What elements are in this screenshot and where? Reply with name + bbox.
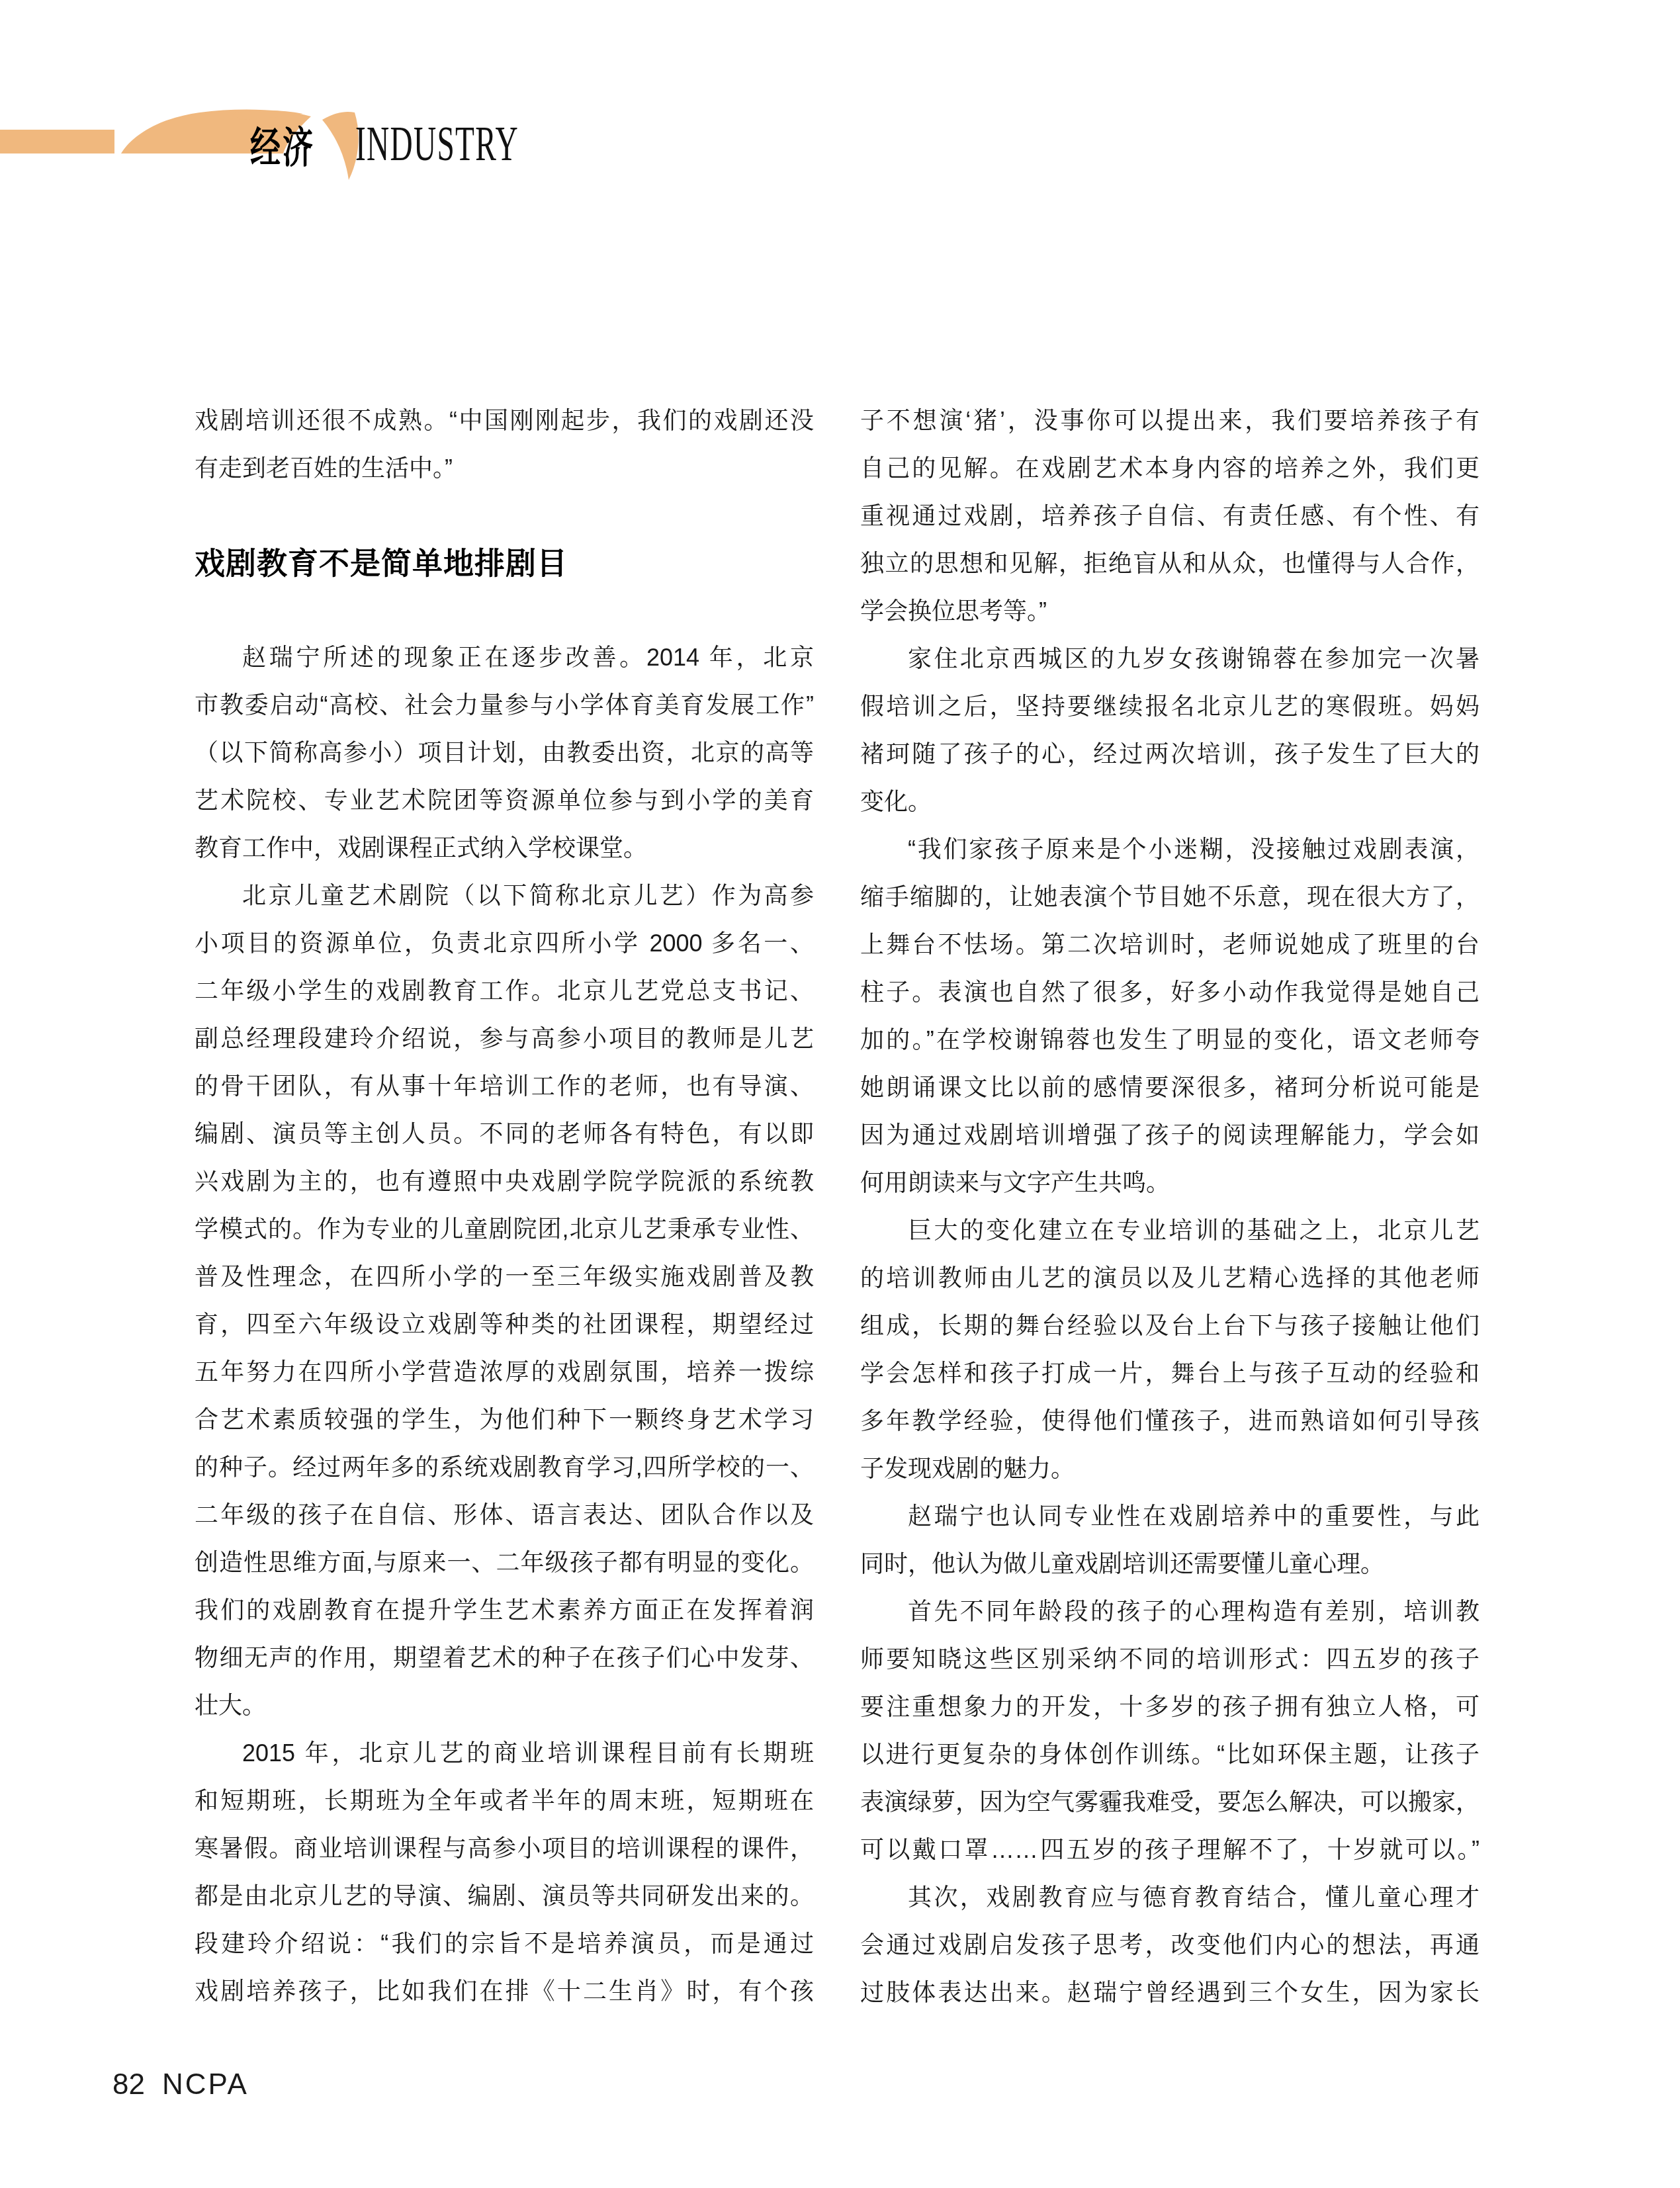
text-line: 创造性思维方面,与原来一、二年级孩子都有明显的变化。 — [195, 1539, 814, 1587]
text-line: 家住北京西城区的九岁女孩谢锦蓉在参加完一次暑 — [860, 635, 1480, 683]
right-column: 子不想演‘猪’，没事你可以提出来，我们要培养孩子有自己的见解。在戏剧艺术本身内容… — [860, 397, 1480, 2017]
text-line: 重视通过戏剧，培养孩子自信、有责任感、有个性、有 — [860, 492, 1480, 540]
text-line: 赵瑞宁也认同专业性在戏剧培养中的重要性，与此 — [860, 1493, 1480, 1540]
text-line: 的种子。经过两年多的系统戏剧教育学习,四所学校的一、 — [195, 1444, 814, 1491]
text-line: 上舞台不怯场。第二次培训时，老师说她成了班里的台 — [860, 921, 1480, 969]
text-line: 市教委启动“高校、社会力量参与小学体育美育发展工作” — [195, 681, 814, 729]
text-line: 学会换位思考等。” — [860, 588, 1480, 635]
header-swoosh-shape — [322, 112, 359, 180]
page-header: 经济 INDUSTRY — [0, 0, 1680, 225]
text-line: 变化。 — [860, 778, 1480, 826]
text-line: 同时，他认为做儿童戏剧培训还需要懂儿童心理。 — [860, 1540, 1480, 1588]
text-line: 物细无声的作用，期望着艺术的种子在孩子们心中发芽、 — [195, 1634, 814, 1682]
text-line: 艺术院校、专业艺术院团等资源单位参与到小学的美育 — [195, 777, 814, 824]
text-line: 戏剧培养孩子，比如我们在排《十二生肖》时，有个孩 — [195, 1968, 814, 2015]
text-line: 育，四至六年级设立戏剧等种类的社团课程，期望经过 — [195, 1301, 814, 1348]
text-line: 我们的戏剧教育在提升学生艺术素养方面正在发挥着润 — [195, 1587, 814, 1634]
page-number: 82 — [112, 2068, 145, 2101]
left-column: 戏剧培训还很不成熟。“中国刚刚起步，我们的戏剧还没有走到老百姓的生活中。” 戏剧… — [195, 397, 814, 2015]
text-line: 的骨干团队，有从事十年培训工作的老师，也有导演、 — [195, 1063, 814, 1110]
text-line: 普及性理念，在四所小学的一至三年级实施戏剧普及教 — [195, 1253, 814, 1301]
text-line: 表演绿萝，因为空气雾霾我难受，要怎么解决，可以搬家， — [860, 1778, 1480, 1826]
text-line: 师要知晓这些区别采纳不同的培训形式：四五岁的孩子 — [860, 1636, 1480, 1683]
text-line: （以下简称高参小）项目计划，由教委出资，北京的高等 — [195, 729, 814, 777]
text-line: 二年级小学生的戏剧教育工作。北京儿艺党总支书记、 — [195, 967, 814, 1015]
text-line: 褚珂随了孩子的心，经过两次培训，孩子发生了巨大的 — [860, 730, 1480, 778]
header-graphic — [0, 0, 1680, 225]
magazine-page: 经济 INDUSTRY 戏剧培训还很不成熟。“中国刚刚起步，我们的戏剧还没有走到… — [0, 0, 1680, 2188]
text-line: 子不想演‘猪’，没事你可以提出来，我们要培养孩子有 — [860, 397, 1480, 445]
section-heading: 戏剧教育不是简单地排剧目 — [195, 532, 814, 594]
text-line: 都是由北京儿艺的导演、编剧、演员等共同研发出来的。 — [195, 1872, 814, 1920]
text-line: 编剧、演员等主创人员。不同的老师各有特色，有以即 — [195, 1110, 814, 1158]
right-body-paragraphs: 子不想演‘猪’，没事你可以提出来，我们要培养孩子有自己的见解。在戏剧艺术本身内容… — [860, 397, 1480, 2017]
left-body-paragraphs: 赵瑞宁所述的现象正在逐步改善。2014 年，北京市教委启动“高校、社会力量参与小… — [195, 634, 814, 2015]
text-line: 寒暑假。商业培训课程与高参小项目的培训课程的课件， — [195, 1825, 814, 1872]
text-line: 子发现戏剧的魅力。 — [860, 1445, 1480, 1493]
text-line: 自己的见解。在戏剧艺术本身内容的培养之外，我们更 — [860, 445, 1480, 492]
text-line: 2015 年，北京儿艺的商业培训课程目前有长期班 — [195, 1729, 814, 1777]
text-line: 多年教学经验，使得他们懂孩子，进而熟谙如何引导孩 — [860, 1397, 1480, 1445]
text-line: 加的。”在学校谢锦蓉也发生了明显的变化，语文老师夸 — [860, 1016, 1480, 1064]
text-line: 首先不同年龄段的孩子的心理构造有差别，培训教 — [860, 1588, 1480, 1636]
text-line: 组成，长期的舞台经验以及台上台下与孩子接触让他们 — [860, 1302, 1480, 1350]
text-line: 过肢体表达出来。赵瑞宁曾经遇到三个女生，因为家长 — [860, 1969, 1480, 2017]
text-line: 独立的思想和见解，拒绝盲从和从众，也懂得与人合作， — [860, 540, 1480, 588]
text-line: 教育工作中，戏剧课程正式纳入学校课堂。 — [195, 824, 814, 872]
text-line: 和短期班，长期班为全年或者半年的周末班，短期班在 — [195, 1777, 814, 1825]
left-intro-paragraph: 戏剧培训还很不成熟。“中国刚刚起步，我们的戏剧还没有走到老百姓的生活中。” — [195, 397, 814, 492]
text-line: 柱子。表演也自然了很多，好多小动作我觉得是她自己 — [860, 969, 1480, 1016]
text-line: 要注重想象力的开发，十多岁的孩子拥有独立人格，可 — [860, 1683, 1480, 1731]
text-line: 五年努力在四所小学营造浓厚的戏剧氛围，培养一拨综 — [195, 1348, 814, 1396]
text-line: 何用朗读来与文字产生共鸣。 — [860, 1159, 1480, 1207]
text-line: 二年级的孩子在自信、形体、语言表达、团队合作以及 — [195, 1491, 814, 1539]
text-line: 副总经理段建玲介绍说，参与高参小项目的教师是儿艺 — [195, 1015, 814, 1063]
text-line: 学模式的。作为专业的儿童剧院团,北京儿艺秉承专业性、 — [195, 1205, 814, 1253]
text-line: 有走到老百姓的生活中。” — [195, 445, 814, 492]
text-line: 戏剧培训还很不成熟。“中国刚刚起步，我们的戏剧还没 — [195, 397, 814, 445]
section-title-cn: 经济 — [250, 124, 315, 171]
text-line: 其次，戏剧教育应与德育教育结合，懂儿童心理才 — [860, 1874, 1480, 1921]
text-line: 兴戏剧为主的，也有遵照中央戏剧学院学院派的系统教 — [195, 1158, 814, 1205]
text-line: 赵瑞宁所述的现象正在逐步改善。2014 年，北京 — [195, 634, 814, 681]
text-line: “我们家孩子原来是个小迷糊，没接触过戏剧表演， — [860, 826, 1480, 873]
section-title-en: INDUSTRY — [355, 118, 519, 171]
text-line: 小项目的资源单位，负责北京四所小学 2000 多名一、 — [195, 920, 814, 967]
journal-code: NCPA — [162, 2068, 249, 2101]
text-line: 以进行更复杂的身体创作训练。“比如环保主题，让孩子 — [860, 1731, 1480, 1778]
text-line: 她朗诵课文比以前的感情要深很多，褚珂分析说可能是 — [860, 1064, 1480, 1112]
text-line: 会通过戏剧启发孩子思考，改变他们内心的想法，再通 — [860, 1921, 1480, 1969]
text-line: 合艺术素质较强的学生，为他们种下一颗终身艺术学习 — [195, 1396, 814, 1444]
page-footer: 82 NCPA — [112, 2068, 249, 2101]
text-line: 缩手缩脚的，让她表演个节目她不乐意，现在很大方了， — [860, 873, 1480, 921]
text-line: 北京儿童艺术剧院（以下简称北京儿艺）作为高参 — [195, 872, 814, 920]
text-line: 壮大。 — [195, 1682, 814, 1729]
text-line: 巨大的变化建立在专业培训的基础之上，北京儿艺 — [860, 1207, 1480, 1254]
text-line: 假培训之后，坚持要继续报名北京儿艺的寒假班。妈妈 — [860, 683, 1480, 730]
header-bar-shape — [0, 130, 114, 153]
text-line: 的培训教师由儿艺的演员以及儿艺精心选择的其他老师 — [860, 1254, 1480, 1302]
text-line: 因为通过戏剧培训增强了孩子的阅读理解能力，学会如 — [860, 1112, 1480, 1159]
text-line: 段建玲介绍说：“我们的宗旨不是培养演员，而是通过 — [195, 1920, 814, 1968]
text-line: 学会怎样和孩子打成一片，舞台上与孩子互动的经验和 — [860, 1350, 1480, 1397]
text-line: 可以戴口罩……四五岁的孩子理解不了，十岁就可以。” — [860, 1826, 1480, 1874]
